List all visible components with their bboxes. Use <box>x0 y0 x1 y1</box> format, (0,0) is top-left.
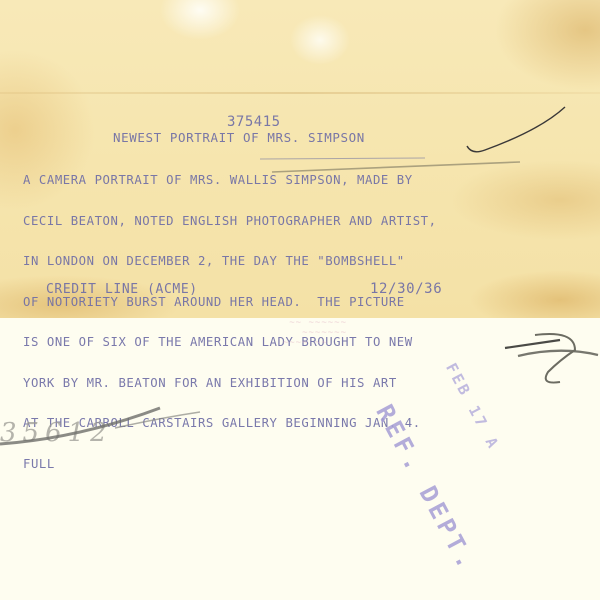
caption-line: IS ONE OF SIX OF THE AMERICAN LADY BROUG… <box>23 336 437 350</box>
serial-number: 375415 <box>227 116 281 130</box>
bleed-through-text: ~~ ~~~~~~ ~~~~~~~ ~~~~ ~~ <box>270 318 347 348</box>
caption-line: A CAMERA PORTRAIT OF MRS. WALLIS SIMPSON… <box>23 174 437 188</box>
caption-date: 12/30/36 <box>370 283 442 297</box>
paper-fold <box>0 92 600 94</box>
caption-line: CECIL BEATON, NOTED ENGLISH PHOTOGRAPHER… <box>23 215 437 229</box>
pencil-mark <box>535 334 575 383</box>
pencil-mark <box>505 340 560 348</box>
pencil-number: 35612 <box>0 418 113 448</box>
stamp-date: FEB 17 A <box>442 360 503 453</box>
credit-line: CREDIT LINE (ACME) <box>46 283 198 297</box>
caption-line: OF NOTORIETY BURST AROUND HER HEAD. THE … <box>23 296 437 310</box>
caption-line: IN LONDON ON DECEMBER 2, THE DAY THE "BO… <box>23 255 437 269</box>
pencil-mark <box>518 351 598 356</box>
headline: NEWEST PORTRAIT OF MRS. SIMPSON <box>113 131 365 145</box>
caption-slip: 375415 NEWEST PORTRAIT OF MRS. SIMPSON A… <box>0 0 600 318</box>
caption-line: FULL <box>23 458 437 472</box>
caption-line: YORK BY MR. BEATON FOR AN EXHIBITION OF … <box>23 377 437 391</box>
